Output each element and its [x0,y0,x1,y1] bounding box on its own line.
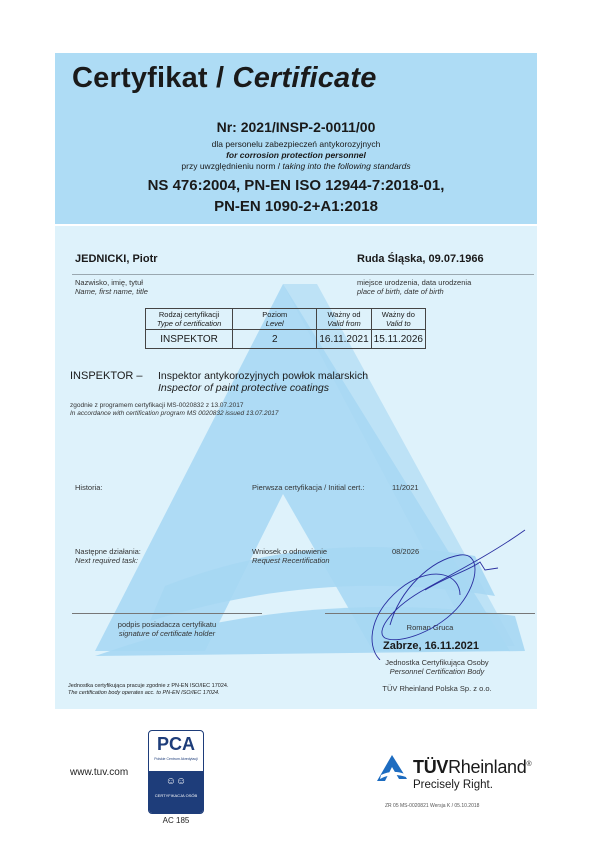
form-code: ZR 05 MS-0020821 Wersja K / 05.10.2018 [385,803,479,809]
holder-birth: Ruda Śląska, 09.07.1966 [357,253,484,265]
people-icon: ☺☺ [149,771,203,793]
cert-type: INSPEKTOR [146,330,233,349]
role-code: INSPEKTOR – [70,370,143,382]
program-reference: zgodnie z programem certyfikacji MS-0020… [70,402,279,418]
valid-to: 15.11.2026 [371,330,425,349]
pca-logo: PCA Polskie Centrum Akredytacji ☺☺ CERTY… [148,730,204,814]
history-label: Historia: [75,483,103,492]
standards-intro: przy uwzględnieniu norm / taking into th… [55,161,537,171]
initial-cert-value: 11/2021 [392,483,419,492]
valid-from: 16.11.2021 [317,330,371,349]
website-link[interactable]: www.tuv.com [70,767,128,778]
certification-table: Rodzaj certyfikacjiType of certification… [145,308,426,349]
tuv-triangle-logo-icon [375,753,409,783]
cert-level: 2 [233,330,317,349]
handwritten-signature [330,520,530,660]
holder-signature-line [72,613,262,614]
table-header: Ważny odValid from [317,309,371,330]
company-name: TÜV Rheinland Polska Sp. z o.o. [352,684,522,693]
birth-label: miejsce urodzenia, data urodzeniaplace o… [357,278,471,296]
role-description: Inspektor antykorozyjnych powłok malarsk… [158,370,368,394]
standards-line-2: PN-EN 1090-2+A1:2018 [55,198,537,215]
accreditation-number: AC 185 [148,816,204,825]
tuv-rheinland-logo: TÜVRheinland® [413,757,531,778]
certificate-title: Certyfikat / Certificate [72,62,377,95]
scope-en: for corrosion protection personnel [55,150,537,160]
table-header: Rodzaj certyfikacjiType of certification [146,309,233,330]
table-row: INSPEKTOR 2 16.11.2021 15.11.2026 [146,330,426,349]
next-task-action: Wniosek o odnowienieRequest Recertificat… [252,547,330,565]
table-header: Ważny doValid to [371,309,425,330]
certification-body: Jednostka Certyfikująca OsobyPersonnel C… [352,658,522,676]
name-label: Nazwisko, imię, tytułName, first name, t… [75,278,148,296]
initial-cert-label: Pierwsza certyfikacja / Initial cert.: [252,483,365,492]
holder-signature-label: podpis posiadacza certyfikatusignature o… [72,620,262,638]
scope-pl: dla personelu zabezpieczeń antykorozyjny… [55,139,537,149]
standards-line-1: NS 476:2004, PN-EN ISO 12944-7:2018-01, [55,177,537,194]
tuv-slogan: Precisely Right. [413,779,493,791]
certificate-number: Nr: 2021/INSP-2-0011/00 [55,119,537,135]
name-divider [72,274,534,275]
next-task-label: Następne działania:Next required task: [75,547,141,565]
holder-name: JEDNICKI, Piotr [75,253,158,265]
iso-accreditation-note: Jednostka certyfikująca pracuje zgodnie … [68,683,229,697]
table-header-row: Rodzaj certyfikacjiType of certification… [146,309,426,330]
table-header: PoziomLevel [233,309,317,330]
